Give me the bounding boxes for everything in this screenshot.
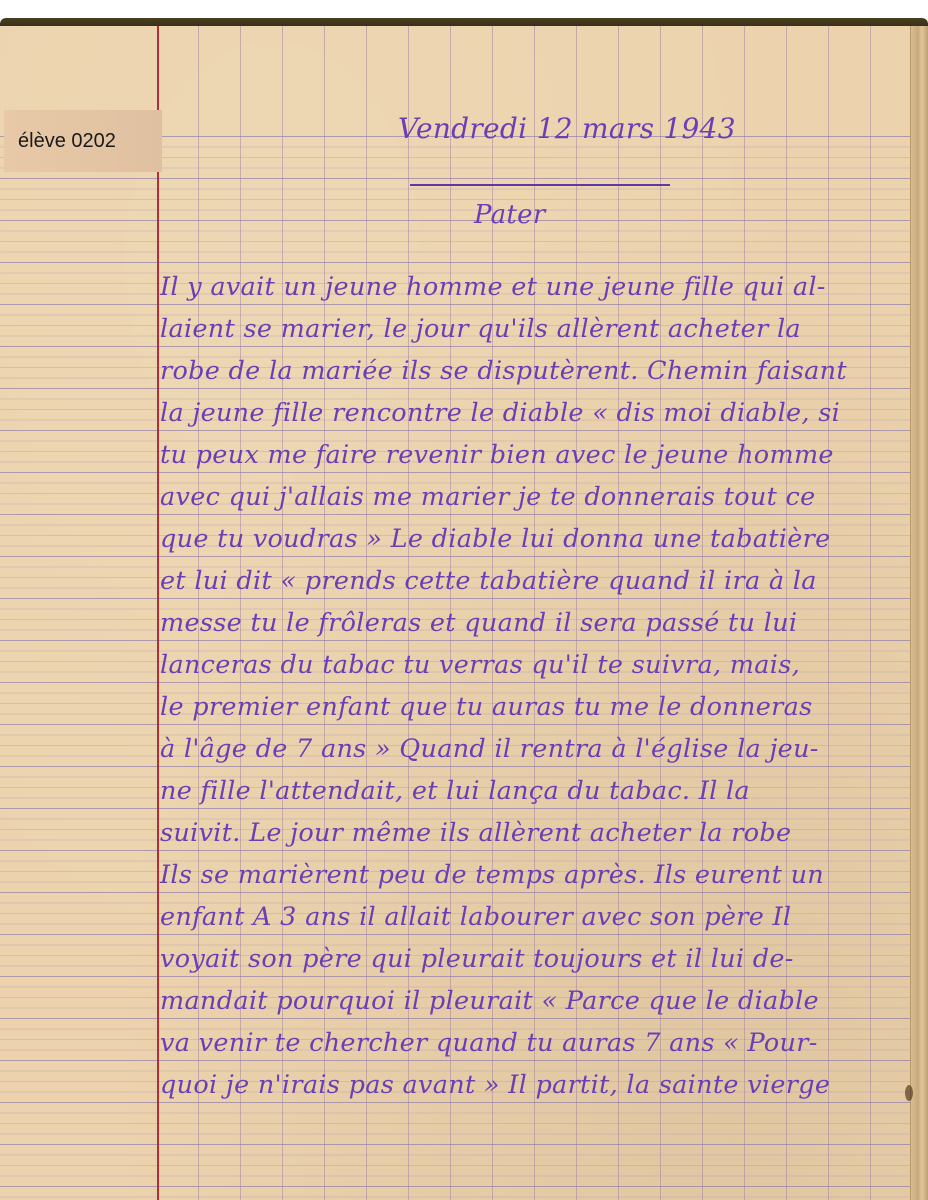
text-line: mandait pourquoi il pleurait « Parce que… xyxy=(160,986,819,1016)
text-line: tu peux me faire revenir bien avec le je… xyxy=(160,440,834,470)
text-line: robe de la mariée ils se disputèrent. Ch… xyxy=(160,356,847,386)
text-line: et lui dit « prends cette tabatière quan… xyxy=(160,566,817,596)
next-page-edge xyxy=(910,26,928,1200)
text-line: la jeune fille rencontre le diable « dis… xyxy=(160,398,840,428)
text-line: à l'âge de 7 ans » Quand il rentra à l'é… xyxy=(160,734,819,764)
text-line: va venir te chercher quand tu auras 7 an… xyxy=(160,1028,818,1058)
date-heading: Vendredi 12 mars 1943 xyxy=(398,112,736,145)
text-line: laient se marier, le jour qu'ils allèren… xyxy=(160,314,801,344)
text-line: voyait son père qui pleurait toujours et… xyxy=(160,944,794,974)
student-id-text: élève 0202 xyxy=(18,130,116,153)
text-line: Il y avait un jeune homme et une jeune f… xyxy=(160,272,826,302)
text-line: ne fille l'attendait, et lui lança du ta… xyxy=(160,776,750,806)
title-underline xyxy=(410,184,670,186)
student-id-label: élève 0202 xyxy=(4,110,162,172)
text-line: lanceras du tabac tu verras qu'il te sui… xyxy=(160,650,800,680)
text-line: quoi je n'irais pas avant » Il partit, l… xyxy=(160,1070,830,1100)
text-line: que tu voudras » Le diable lui donna une… xyxy=(160,524,830,554)
text-line: Ils se marièrent peu de temps après. Ils… xyxy=(160,860,824,890)
text-line: avec qui j'allais me marier je te donner… xyxy=(160,482,816,512)
ink-stain xyxy=(905,1085,913,1101)
text-line: suivit. Le jour même ils allèrent achete… xyxy=(160,818,791,848)
text-line: le premier enfant que tu auras tu me le … xyxy=(160,692,813,722)
red-margin-line xyxy=(157,26,159,1200)
text-line: messe tu le frôleras et quand il sera pa… xyxy=(160,608,797,638)
text-line: enfant A 3 ans il allait labourer avec s… xyxy=(160,902,791,932)
page-title: Pater xyxy=(474,200,546,230)
